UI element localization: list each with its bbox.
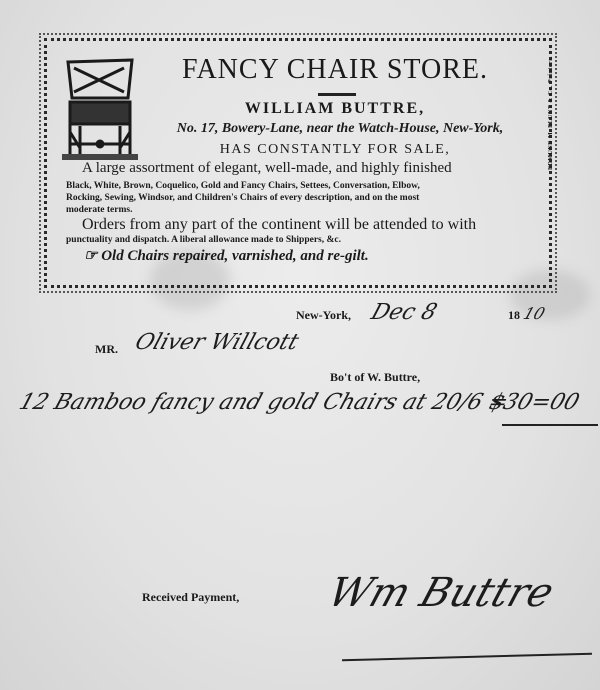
pointing-hand-icon: ☞ [84,248,97,264]
printer-credit: EDMUND M. BLUNT & Co. Printers. [548,30,554,170]
line-item: 12 Bamboo fancy and gold Chairs at 20/6 … [16,390,512,415]
proprietor-name: WILLIAM BUTTRE, [140,100,530,118]
store-address: No. 17, Bowery-Lane, near the Watch-Hous… [140,121,540,137]
tagline: HAS CONSTANTLY FOR SALE, [140,142,530,158]
customer-name: Oliver Willcott [132,330,302,355]
store-title: FANCY CHAIR STORE. [140,54,530,86]
year-handwritten: 10 [521,304,548,323]
amount-underline [502,424,598,426]
chair-illustration-icon [62,58,138,162]
assortment-text: A large assortment of elegant, well-made… [80,160,535,177]
repair-text: Old Chairs repaired, varnished, and re-g… [101,248,369,264]
repair-notice: ☞ Old Chairs repaired, varnished, and re… [84,246,369,265]
bought-of-label: Bo't of W. Buttre, [330,370,420,385]
chair-types-line-3: moderate terms. [66,204,536,216]
chair-types-line-1: Black, White, Brown, Coquelico, Gold and… [66,180,536,192]
orders-text: Orders from any part of the continent wi… [82,216,537,234]
orders-small-text: punctuality and dispatch. A liberal allo… [66,234,536,246]
chair-types-line-2: Rocking, Sewing, Windsor, and Children's… [66,192,536,204]
handwritten-date: Dec 8 [368,300,440,325]
title-divider [318,93,356,96]
signature-line [342,653,592,662]
place-label: New-York, [296,308,351,323]
signature: Wm Buttre [323,570,560,616]
received-payment-label: Received Payment, [142,590,239,605]
year-printed: 18 [508,308,520,323]
amount: $30=00 [486,390,583,415]
customer-label: MR. [95,342,118,357]
